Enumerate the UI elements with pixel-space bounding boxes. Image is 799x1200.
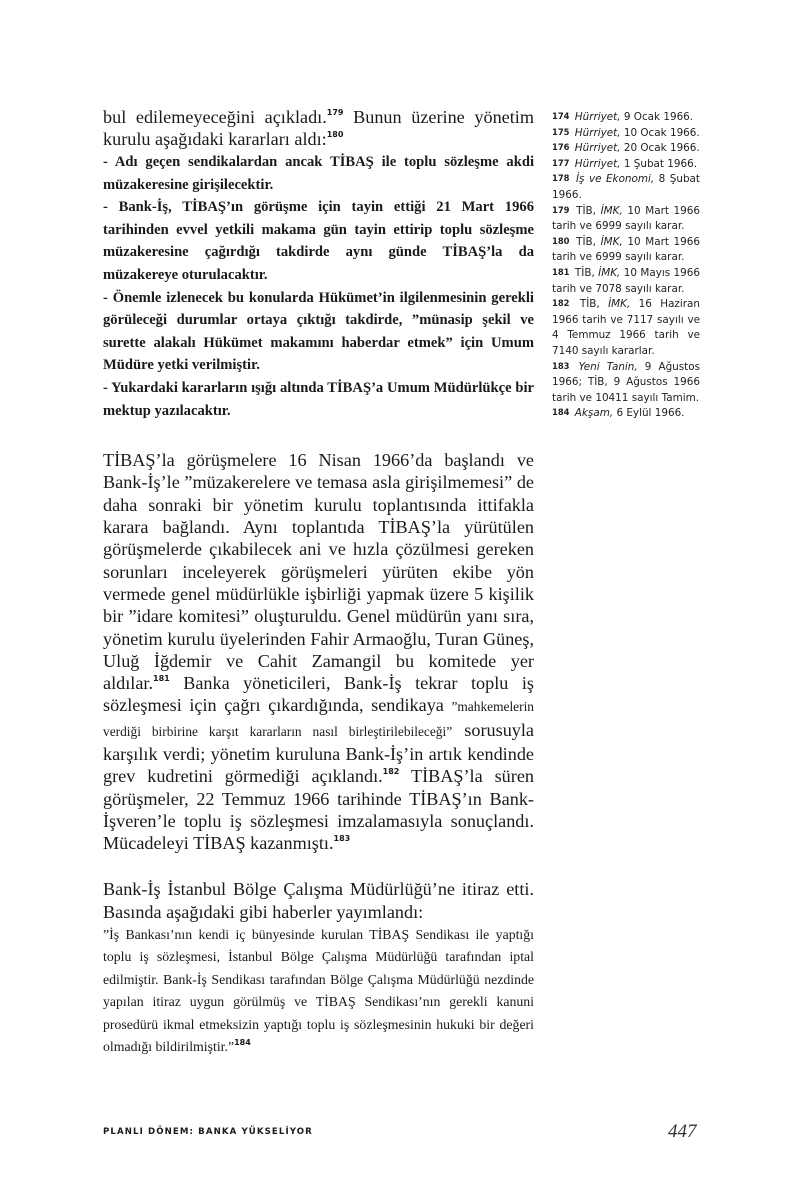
footnote-text: 1 Şubat 1966. (621, 158, 697, 170)
footnote-source: İMK, (601, 205, 623, 217)
decision-item: - Bank-İş, TİBAŞ’ın görüşme için tayin e… (103, 196, 534, 286)
footnote-number: 174 (552, 111, 569, 121)
footnote-text: 10 Mart 1966 tarih ve 6999 sayılı karar. (552, 236, 700, 264)
footnote-ref-181[interactable]: 181 (153, 674, 170, 683)
footnote-source: Yeni Tanin, (579, 361, 638, 373)
footnote-source: İMK, (608, 298, 630, 310)
footnote-prefix: TİB, (580, 298, 608, 310)
footnote-prefix: TİB, (575, 267, 598, 279)
footnote-text: 9 Ocak 1966. (621, 111, 694, 123)
footnote-ref-182[interactable]: 182 (383, 767, 400, 776)
footnote-179: 179 TİB, İMK, 10 Mart 1966 tarih ve 6999… (552, 204, 700, 235)
footnote-175: 175 Hürriyet, 10 Ocak 1966. (552, 126, 700, 142)
footnote-ref-179[interactable]: 179 (327, 108, 344, 117)
footnote-number: 181 (552, 267, 569, 277)
footnote-number: 184 (552, 407, 569, 417)
footnote-184: 184 Akşam, 6 Eylül 1966. (552, 406, 700, 422)
lead-text: bul edilemeyeceğini açıkladı. (103, 107, 327, 127)
footnote-text: 20 Ocak 1966. (621, 142, 700, 154)
decision-item: - Önemle izlenecek bu konularda Hükümet’… (103, 287, 534, 377)
footnote-182: 182 TİB, İMK, 16 Haziran 1966 tarih ve 7… (552, 297, 700, 359)
footnote-number: 180 (552, 236, 569, 246)
footnote-183: 183 Yeni Tanin, 9 Ağustos 1966; TİB, 9 A… (552, 360, 700, 407)
footnote-source: İMK, (598, 267, 620, 279)
footnote-181: 181 TİB, İMK, 10 Mayıs 1966 tarih ve 707… (552, 266, 700, 297)
quote-text: ”İş Bankası’nın kendi iç bünyesinde kuru… (103, 927, 534, 1054)
footnote-174: 174 Hürriyet, 9 Ocak 1966. (552, 110, 700, 126)
decision-item: - Yukardaki kararların ışığı altında TİB… (103, 377, 534, 422)
footnote-text: 10 Ocak 1966. (621, 127, 700, 139)
page-number: 447 (668, 1121, 697, 1143)
footnote-source: Hürriyet, (575, 127, 621, 139)
footnote-text: 10 Mart 1966 tarih ve 6999 sayılı karar. (552, 205, 700, 233)
footnote-source: İş ve Ekonomi, (576, 173, 654, 185)
footnote-ref-183[interactable]: 183 (334, 834, 351, 843)
footnote-180: 180 TİB, İMK, 10 Mart 1966 tarih ve 6999… (552, 235, 700, 266)
footnote-text: 6 Eylül 1966. (613, 407, 684, 419)
footnote-number: 177 (552, 158, 569, 168)
footnote-177: 177 Hürriyet, 1 Şubat 1966. (552, 157, 700, 173)
footnote-prefix: TİB, (576, 236, 600, 248)
footnote-number: 182 (552, 298, 569, 308)
press-quote: ”İş Bankası’nın kendi iç bünyesinde kuru… (103, 924, 534, 1058)
board-decisions-list: - Adı geçen sendikalardan ancak TİBAŞ il… (103, 151, 534, 422)
running-footer-title: PLANLI DÖNEM: BANKA YÜKSELİYOR (103, 1127, 313, 1137)
main-text-column: bul edilemeyeceğini açıkladı.179 Bunun ü… (103, 106, 534, 1059)
footnote-number: 179 (552, 205, 569, 215)
lead-paragraph: bul edilemeyeceğini açıkladı.179 Bunun ü… (103, 106, 534, 150)
footnote-prefix: TİB, (576, 205, 600, 217)
footnote-number: 183 (552, 361, 569, 371)
footnote-176: 176 Hürriyet, 20 Ocak 1966. (552, 141, 700, 157)
footnote-source: Hürriyet, (575, 142, 621, 154)
footnote-source: Akşam, (575, 407, 613, 419)
body-paragraph-tibas-talks: TİBAŞ’la görüşmelere 16 Nisan 1966’da ba… (103, 449, 534, 854)
footnote-number: 178 (552, 173, 569, 183)
decision-item: - Adı geçen sendikalardan ancak TİBAŞ il… (103, 151, 534, 196)
footnote-178: 178 İş ve Ekonomi, 8 Şubat 1966. (552, 172, 700, 203)
footnote-source: İMK, (601, 236, 623, 248)
footnote-ref-184[interactable]: 184 (234, 1038, 251, 1047)
paragraph-text: TİBAŞ’la görüşmelere 16 Nisan 1966’da ba… (103, 450, 534, 693)
footnote-number: 175 (552, 127, 569, 137)
body-paragraph-objection: Bank-İş İstanbul Bölge Çalışma Müdürlüğü… (103, 878, 534, 923)
footnote-source: Hürriyet, (575, 111, 621, 123)
footnote-source: Hürriyet, (575, 158, 621, 170)
footnote-number: 176 (552, 142, 569, 152)
footnote-ref-180[interactable]: 180 (327, 130, 344, 139)
footnotes-column: 174 Hürriyet, 9 Ocak 1966. 175 Hürriyet,… (552, 110, 700, 422)
